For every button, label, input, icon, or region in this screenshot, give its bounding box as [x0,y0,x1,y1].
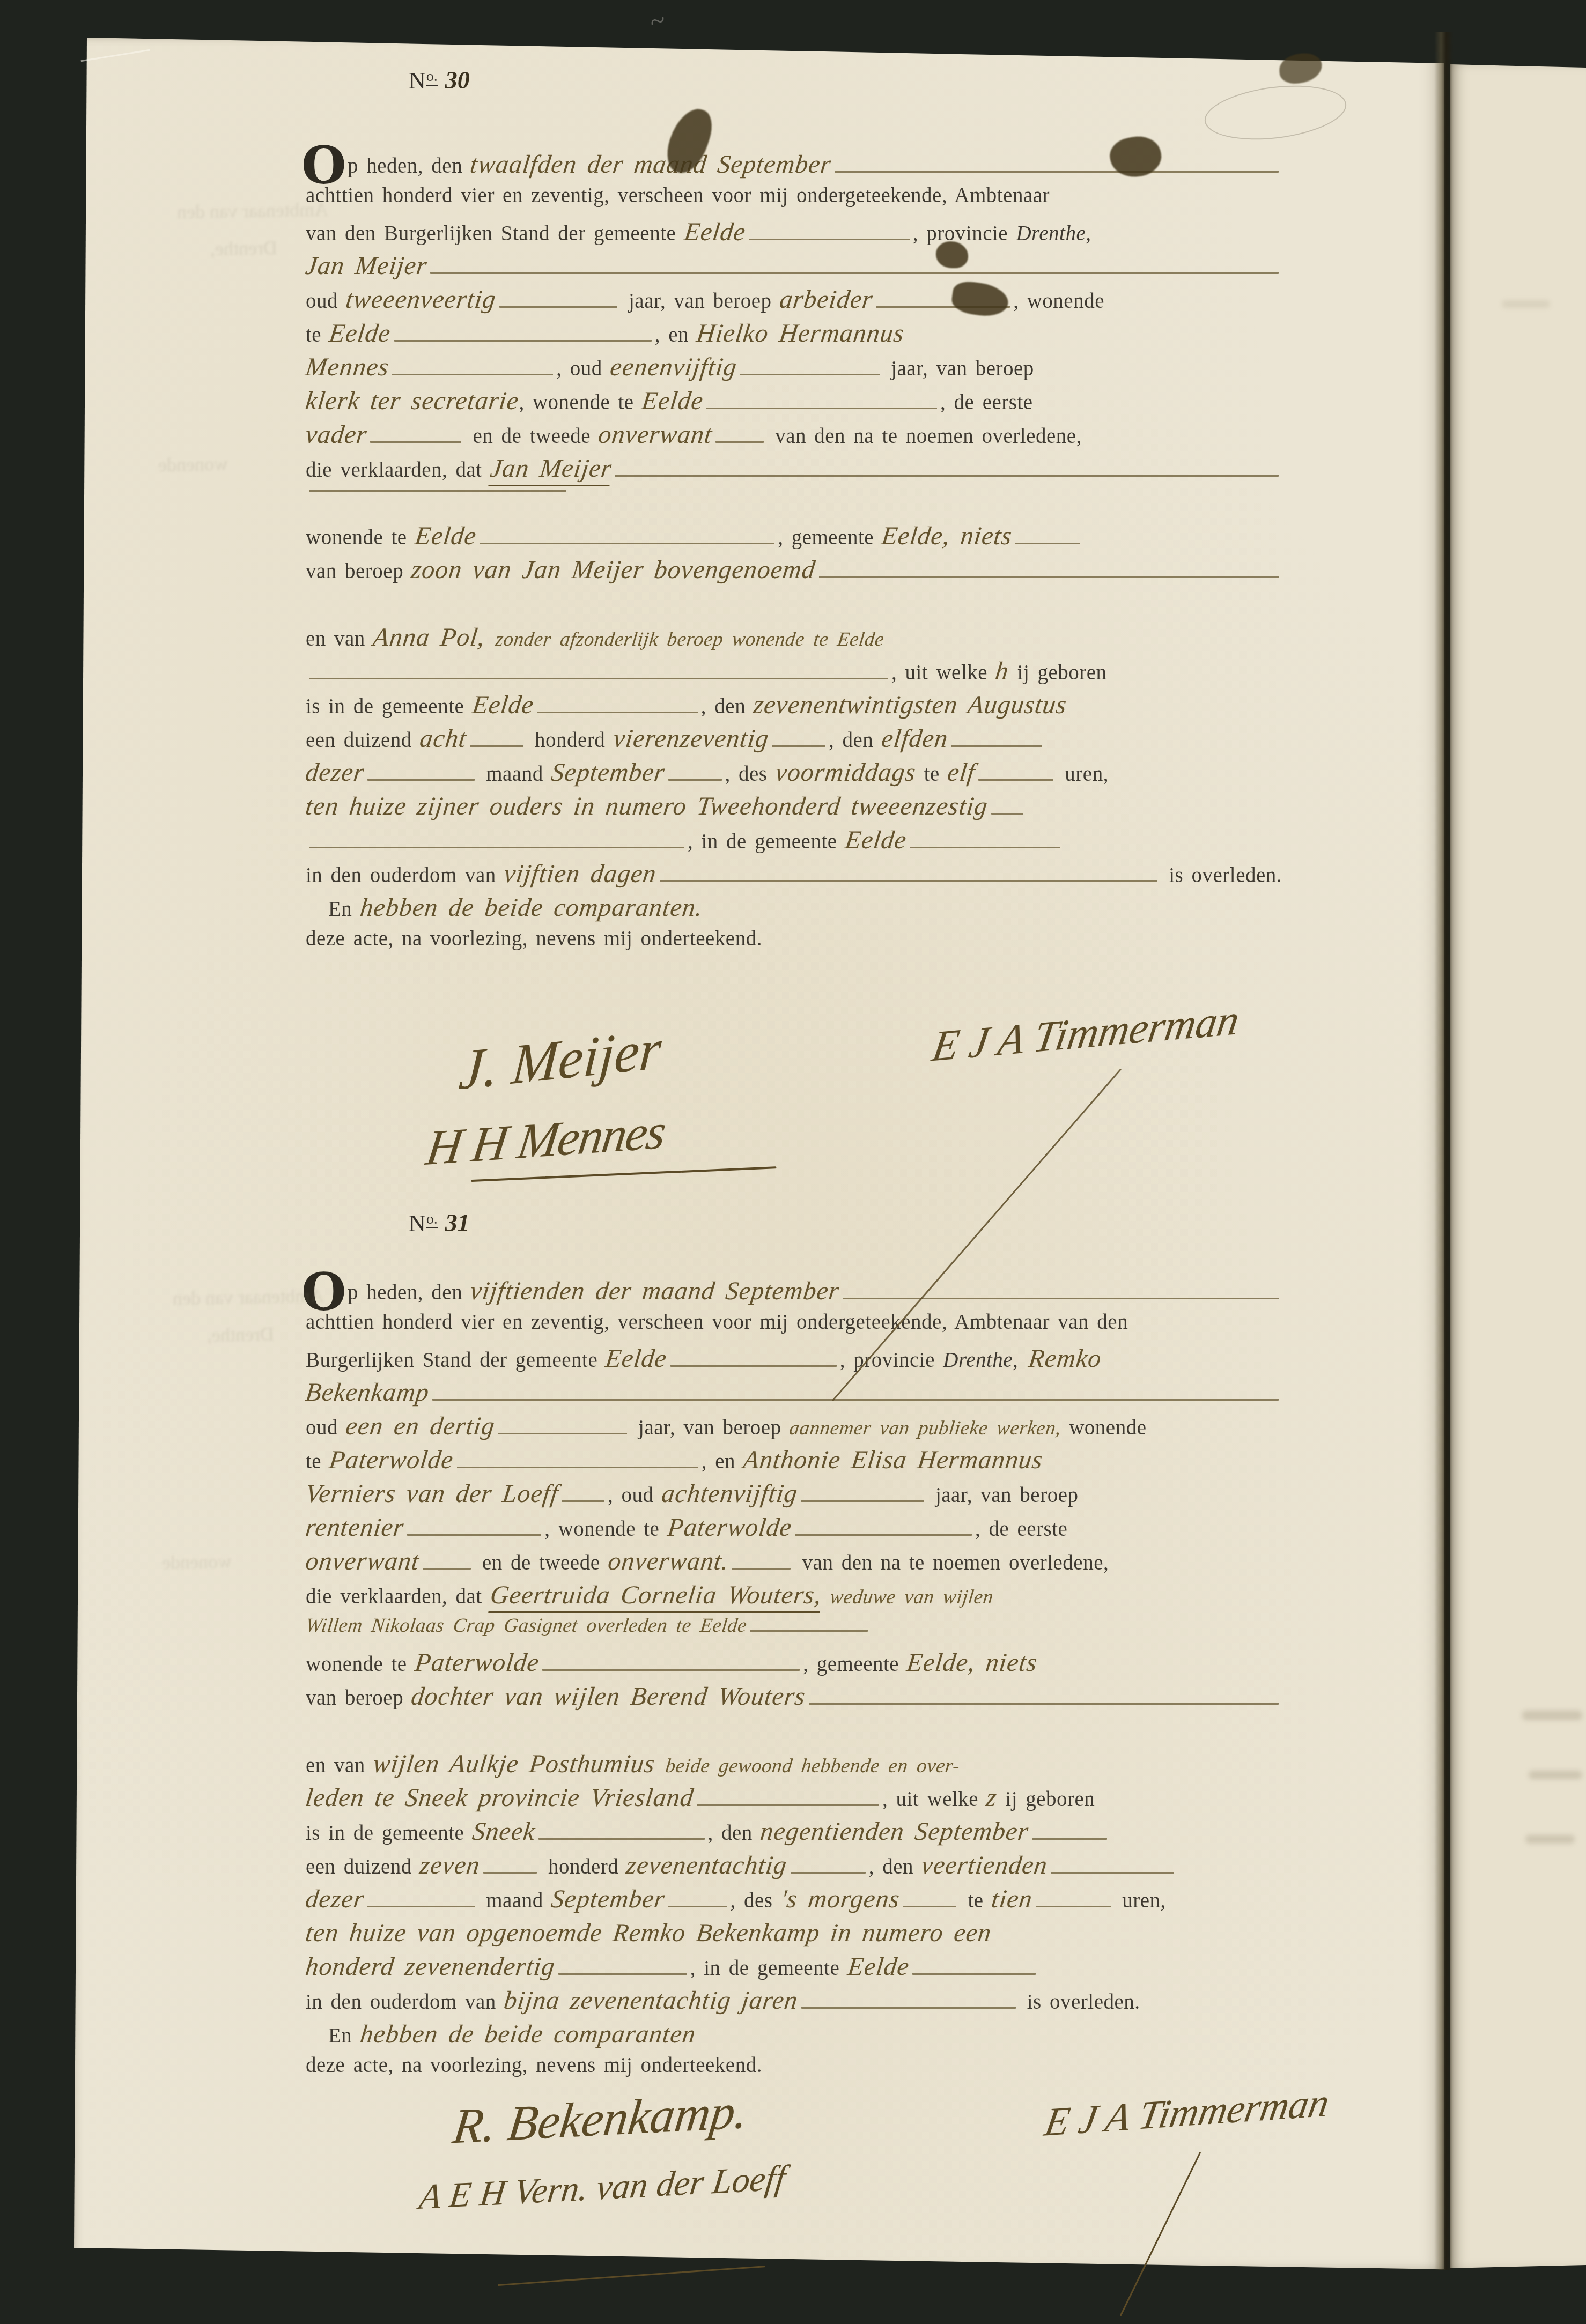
ruled-fill-line [392,371,553,375]
handwritten-text: September [550,758,667,787]
form-line [306,1715,1282,1749]
form-line: Mennes, oud eenenvijftig jaar, van beroe… [306,352,1282,386]
handwritten-text: aannemer van publieke werken, [788,1417,1062,1440]
printed-text: , oud [556,357,610,381]
ruled-fill-line [809,1700,1279,1705]
printed-text: Drenthe, [1016,221,1091,246]
ruled-fill-line [499,304,617,308]
handwritten-text: Eelde [843,825,908,855]
handwritten-text: Mennes [304,352,391,382]
printed-text: van den Burgerlijken Stand der gemeente [306,221,684,246]
form-line: Jan Meijer [306,251,1282,285]
handwritten-text: rentenier [304,1513,406,1542]
form-line [306,487,1282,521]
handwritten-text: achtenvijftig [660,1479,799,1508]
handwritten-text: zonder afzonderlijk beroep wonende te Ee… [494,628,885,651]
printed-text: , de eerste [940,390,1033,415]
act-number-sup: o. [426,68,438,86]
printed-text: is in de gemeente [306,694,473,719]
ruled-fill-line [912,1971,1036,1975]
handwritten-text: September [550,1884,667,1914]
handwritten-text: Anna Pol, [372,623,498,652]
form-line: is in de gemeente Sneek, den negentiende… [306,1817,1282,1851]
handwritten-text: Bekenkamp [304,1378,431,1407]
handwritten-text: ten huize van opgenoemde Remko Bekenkamp… [304,1918,993,1948]
printed-text: Drenthe, [943,1348,1018,1372]
form-line: oud een en dertig jaar, van beroep aanne… [306,1411,1282,1445]
handwritten-text: klerk ter secretarie [304,386,521,416]
form-line: van den Burgerlijken Stand der gemeente … [306,217,1282,251]
form-line: klerk ter secretarie, wonende te Eelde, … [306,386,1282,420]
handwritten-text: Eelde [640,386,705,416]
printed-text: jaar, van beroep [621,289,780,313]
printed-text: is in de gemeente [306,1821,473,1845]
handwritten-text: h [994,656,1011,686]
ruled-fill-line [457,1464,698,1468]
ruled-fill-line [795,1531,972,1536]
handwritten-text: vijftienden der maand September [469,1276,842,1306]
printed-text: , en [702,1449,744,1474]
act-number: No.30 [396,56,1282,104]
handwritten-text: Paterwolde [328,1445,455,1475]
ruled-fill-line [1051,1869,1174,1874]
printed-text: te [306,323,329,347]
paper-stain [1525,1835,1575,1844]
ruled-fill-line [483,1869,537,1874]
handwritten-text: een en dertig [344,1411,497,1441]
ruled-fill-line [538,1835,705,1840]
pencil-mark: ~ [646,4,669,38]
scanned-register-page: { "page": { "background": "#1f231e", "pa… [0,0,1586,2324]
form-line: van beroep zoon van Jan Meijer bovengeno… [306,555,1282,589]
handwritten-text: bijna zevenentachtig jaren [503,1986,800,2015]
printed-text: te [306,1449,329,1474]
printed-text: , gemeente [803,1652,907,1676]
printed-text: maand [478,1889,551,1913]
handwritten-text: Remko [1016,1344,1103,1373]
handwritten-text: hebben de beide comparanten. [358,893,704,922]
paper-stain [1529,1771,1582,1779]
printed-text: te [916,762,948,786]
act-30-lines: Op heden, den twaalfden der maand Septem… [306,150,1282,960]
printed-text: , provincie [913,221,1016,246]
handwritten-text: Eelde [604,1344,669,1373]
handwritten-text: weduwe van wijlen [820,1586,995,1609]
printed-text: is overleden. [1019,1990,1140,2014]
ruled-fill-line [903,1903,956,1907]
form-line: die verklaarden, dat Geertruida Cornelia… [306,1580,1282,1614]
handwritten-text: Jan Meijer [304,251,429,280]
printed-text: p heden, den [348,154,470,178]
ruled-fill-line [498,1430,627,1434]
handwritten-text: dezer [304,1884,366,1914]
printed-text: , uit welke [882,1787,986,1811]
ruled-fill-line [749,236,910,240]
printed-text: te [960,1889,992,1913]
paper-stain [1522,1711,1582,1720]
form-line: te Paterwolde, en Anthonie Elisa Hermann… [306,1445,1282,1479]
printed-text: ij geboren [1009,661,1106,685]
form-line: En hebben de beide comparanten [306,2019,1282,2053]
act-number-label: N [409,68,426,94]
printed-text: oud [306,1416,346,1440]
form-line: ten huize van opgenoemde Remko Bekenkamp… [306,1918,1282,1952]
printed-text: En [328,2024,360,2048]
ruled-fill-line [309,487,566,492]
form-line: achttien honderd vier en zeventig, versc… [306,1310,1282,1344]
printed-text: p heden, den [348,1281,470,1305]
handwritten-text: dezer [304,758,366,787]
ruled-fill-line [772,743,825,747]
ruled-fill-line [835,168,1279,173]
printed-text: , provincie [840,1348,943,1372]
ruled-fill-line [750,1627,868,1632]
printed-text: ij geboren [997,1787,1095,1811]
handwritten-text: Eelde [846,1952,911,1981]
ruled-fill-line [1032,1835,1107,1840]
handwritten-text: dochter van wijlen Berend Wouters [410,1682,807,1711]
handwritten-text: Eelde, niets [905,1648,1039,1677]
bleedthrough-text: Ambtenaar van den [177,198,329,224]
handwritten-text: Eelde [328,319,393,348]
form-line: een duizend zeven honderd zevenentachtig… [306,1851,1282,1884]
ruled-fill-line [542,1667,800,1671]
handwritten-text: Paterwolde [414,1648,541,1677]
form-line: honderd zevenendertig, in de gemeente Ee… [306,1952,1282,1986]
printed-text: achttien honderd vier en zeventig, versc… [306,183,1050,208]
form-line: Verniers van der Loeff, oud achtenvijfti… [306,1479,1282,1513]
form-line: in den ouderdom van bijna zevenentachtig… [306,1986,1282,2019]
ruled-fill-line [697,1802,879,1806]
handwritten-text: vierenzeventig [611,724,770,753]
printed-text: van beroep [306,559,411,583]
ruled-fill-line [370,439,461,443]
printed-text: , des [725,762,776,786]
ruled-fill-line [791,1869,866,1874]
printed-text: , wonende te [519,390,641,415]
handwritten-text: Verniers van der Loeff [304,1479,560,1508]
bleedthrough-text: Ambtenaar van den [173,1285,324,1310]
ruled-fill-line [1036,1903,1111,1907]
ruled-fill-line [715,439,764,443]
bleedthrough-text: Drenthe, [210,236,278,260]
handwritten-text: vader [304,420,369,449]
printed-text: , en [655,323,697,347]
form-line: en van wijlen Aulkje Posthumius beide ge… [306,1749,1282,1783]
printed-text: honderd [540,1855,627,1879]
printed-text: jaar, van beroep [883,357,1034,381]
printed-text: , oud [608,1483,662,1507]
handwritten-text: Paterwolde [666,1513,793,1542]
ruled-fill-line [558,1971,687,1975]
form-line: wonende te Paterwolde, gemeente Eelde, n… [306,1648,1282,1682]
act-number-label: N [409,1210,426,1237]
form-line: vader en de tweede onverwant van den na … [306,420,1282,454]
form-line: deze acte, na voorlezing, nevens mij ond… [306,927,1282,960]
form-line: wonende te Eelde, gemeente Eelde, niets [306,521,1282,555]
printed-text: maand [478,762,551,786]
form-line: ten huize zijner ouders in numero Tweeho… [306,791,1282,825]
printed-text: wonende te [306,526,415,550]
printed-text: oud [306,289,346,313]
form-line: van beroep dochter van wijlen Berend Wou… [306,1682,1282,1715]
ruled-fill-line [367,776,475,781]
printed-text: achttien honderd vier en zeventig, versc… [306,1310,1128,1334]
ruled-fill-line [562,1498,604,1502]
handwritten-text: Willem Nikolaas Crap Gasignet overleden … [304,1614,748,1637]
handwritten-text: Eelde [470,690,535,720]
ruled-fill-line [309,844,684,848]
printed-text: en van [306,627,373,651]
form-line: is in de gemeente Eelde, den zevenentwin… [306,690,1282,724]
handwritten-text: Sneek [470,1817,537,1846]
printed-text: van den na te noemen overledene, [794,1551,1109,1575]
handwritten-text: Eelde [414,521,478,551]
form-line: leden te Sneek provincie Vriesland, uit … [306,1783,1282,1817]
printed-text: is overleden. [1161,863,1282,887]
ruled-fill-line [801,1498,924,1502]
printed-text: jaar, van beroep [630,1416,790,1440]
handwritten-text: zeven [418,1851,482,1880]
handwritten-text: negentienden September [759,1817,1030,1846]
bleedthrough-text: wonende [158,453,228,476]
handwritten-text: Anthonie Elisa Hermannus [742,1445,1045,1475]
ruled-fill-line [740,371,880,375]
handwritten-text: zevenentwintigsten Augustus [752,690,1068,720]
ruled-fill-line [423,1565,471,1570]
handwritten-text: onverwant [597,420,714,449]
handwritten-text: hebben de beide comparanten [358,2019,697,2049]
form-line: achttien honderd vier en zeventig, versc… [306,183,1282,217]
ruled-fill-line [819,574,1279,578]
ruled-fill-line [991,810,1023,815]
book-gutter-seam [1434,32,1454,2270]
handwritten-text: Hielko Hermannus [695,319,906,348]
ruled-fill-line [537,709,698,713]
printed-text: die verklaarden, dat [306,1585,490,1609]
form-line: , in de gemeente Eelde [306,825,1282,859]
printed-text: honderd [527,728,614,752]
form-line: Op heden, den vijftienden der maand Sept… [306,1276,1282,1310]
form-line: dezer maand September, des 's morgens te… [306,1884,1282,1918]
handwritten-text: zevenentachtig [625,1851,789,1880]
handwritten-text: tweeenveertig [344,285,498,314]
ruled-fill-line [801,2004,1016,2009]
handwritten-text: beide gewoond hebbende en over- [665,1755,962,1778]
bleedthrough-text: wonende [162,1550,232,1574]
ruled-fill-line [367,1903,475,1907]
form-line: En hebben de beide comparanten. [306,893,1282,927]
printed-text: , den [869,1855,922,1879]
printed-text: Burgerlijken Stand der gemeente [306,1348,606,1372]
ink-flourish [498,2266,765,2286]
form-line: te Eelde, en Hielko Hermannus [306,319,1282,352]
ruled-fill-line [670,1363,837,1367]
printed-text: En [328,897,360,921]
handwritten-text: honderd zevenendertig [304,1952,557,1981]
form-line: dezer maand September, des voormiddags t… [306,758,1282,791]
printed-text: en de tweede [464,424,599,448]
form-line: in den ouderdom van vijftien dagen is ov… [306,859,1282,893]
form-line: een duizend acht honderd vierenzeventig,… [306,724,1282,758]
printed-text: van den na te noemen overledene, [767,424,1082,448]
ruled-fill-line [615,472,1279,477]
printed-text: , des [731,1889,781,1913]
printed-text: uren, [1114,1889,1166,1913]
ruled-fill-line [732,1565,791,1570]
printed-text: die verklaarden, dat [306,458,490,482]
printed-text: en van [306,1753,373,1778]
act-number-value: 31 [445,1209,470,1237]
handwritten-text: ten huize zijner ouders in numero Tweeho… [304,791,990,821]
printed-text: , gemeente [778,526,882,550]
handwritten-text: elf [946,758,977,787]
form-line: onverwant en de tweede onverwant. van de… [306,1546,1282,1580]
act-number-value: 30 [445,66,470,94]
acts-column: No.30 Op heden, den twaalfden der maand … [306,43,1282,2087]
form-line: Bekenkamp [306,1378,1282,1411]
form-line: oud tweeenveertig jaar, van beroep arbei… [306,285,1282,319]
printed-text: uren, [1057,762,1109,786]
handwritten-text: 's morgens [779,1884,901,1914]
printed-text: jaar, van beroep [927,1483,1079,1507]
handwritten-text: voormiddags [773,758,917,787]
handwritten-text: elfden [880,724,949,753]
handwritten-text: Eelde [682,217,747,247]
handwritten-text: Eelde, niets [880,521,1014,551]
form-line [306,589,1282,623]
ruled-fill-line [951,743,1042,747]
ruled-fill-line [480,540,774,544]
handwritten-text: acht [418,724,468,753]
printed-text: in den ouderdom van [306,1990,504,2014]
ruled-fill-line [843,1295,1279,1299]
ruled-fill-line [432,1396,1279,1401]
ruled-fill-line [1015,540,1080,544]
handwritten-text: leden te Sneek provincie Vriesland [304,1783,696,1812]
form-line: Willem Nikolaas Crap Gasignet overleden … [306,1614,1282,1648]
form-line: en van Anna Pol, zonder afzonderlijk ber… [306,623,1282,656]
paper-stain [1502,300,1550,308]
handwritten-text: Jan Meijer [488,454,614,486]
ruled-fill-line [309,675,888,679]
death-act-31: No.31 Op heden, den vijftienden der maan… [306,1199,1282,2087]
handwritten-text: arbeider [778,285,874,314]
printed-text: , de eerste [975,1517,1068,1541]
printed-text: een duizend [306,728,420,752]
form-line: Burgerlijken Stand der gemeente Eelde, p… [306,1344,1282,1378]
printed-text: van beroep [306,1686,411,1710]
ruled-fill-line [706,405,937,409]
handwritten-text: eenenvijftig [609,352,739,382]
printed-text: in den ouderdom van [306,863,504,887]
act-number: No.31 [396,1199,1282,1247]
ruled-fill-line [660,878,1157,882]
printed-text: , den [829,728,882,752]
form-line: , uit welke h ij geboren [306,656,1282,690]
handwritten-text: Geertruida Cornelia Wouters, [488,1580,823,1613]
form-line: deze acte, na voorlezing, nevens mij ond… [306,2053,1282,2087]
printed-text: , den [701,694,754,719]
form-line: die verklaarden, dat Jan Meijer [306,454,1282,487]
act-number-sup: o. [426,1211,438,1228]
handwritten-text: vijftien dagen [503,859,658,889]
printed-text: wonende te [306,1652,415,1676]
handwritten-text: onverwant [304,1546,421,1576]
printed-text: deze acte, na voorlezing, nevens mij ond… [306,2053,762,2077]
ruled-fill-line [407,1531,541,1536]
handwritten-text: veertienden [920,1851,1050,1880]
ruled-fill-line [394,337,652,342]
ruled-fill-line [470,743,523,747]
facing-page-edge [1450,64,1586,2268]
handwritten-text: tien [990,1884,1035,1914]
printed-text: een duizend [306,1855,420,1879]
handwritten-text: wijlen Aulkje Posthumius [372,1749,668,1779]
ruled-fill-line [668,776,722,781]
printed-text: , in de gemeente [688,830,845,854]
printed-text: , wonende [1013,289,1104,313]
handwritten-text: zoon van Jan Meijer bovengenoemd [410,555,817,584]
printed-text: deze acte, na voorlezing, nevens mij ond… [306,927,762,951]
handwritten-text: onverwant. [606,1546,730,1576]
printed-text: , den [708,1821,761,1845]
printed-text: , in de gemeente [690,1956,848,1980]
ink-blot [936,241,968,268]
printed-text: en de tweede [474,1551,608,1575]
form-line: rentenier, wonende te Paterwolde, de eer… [306,1513,1282,1546]
bleedthrough-text: Drenthe, [207,1323,275,1346]
ruled-fill-line [430,270,1279,274]
ruled-fill-line [910,844,1060,848]
ruled-fill-line [668,1903,727,1907]
ruled-fill-line [978,776,1053,781]
act-31-lines: Op heden, den vijftienden der maand Sept… [306,1276,1282,2087]
handwritten-text: twaalfden der maand September [469,150,833,179]
printed-text: , uit welke [891,661,995,685]
printed-text: , wonende te [544,1517,667,1541]
printed-text: wonende [1061,1416,1147,1440]
